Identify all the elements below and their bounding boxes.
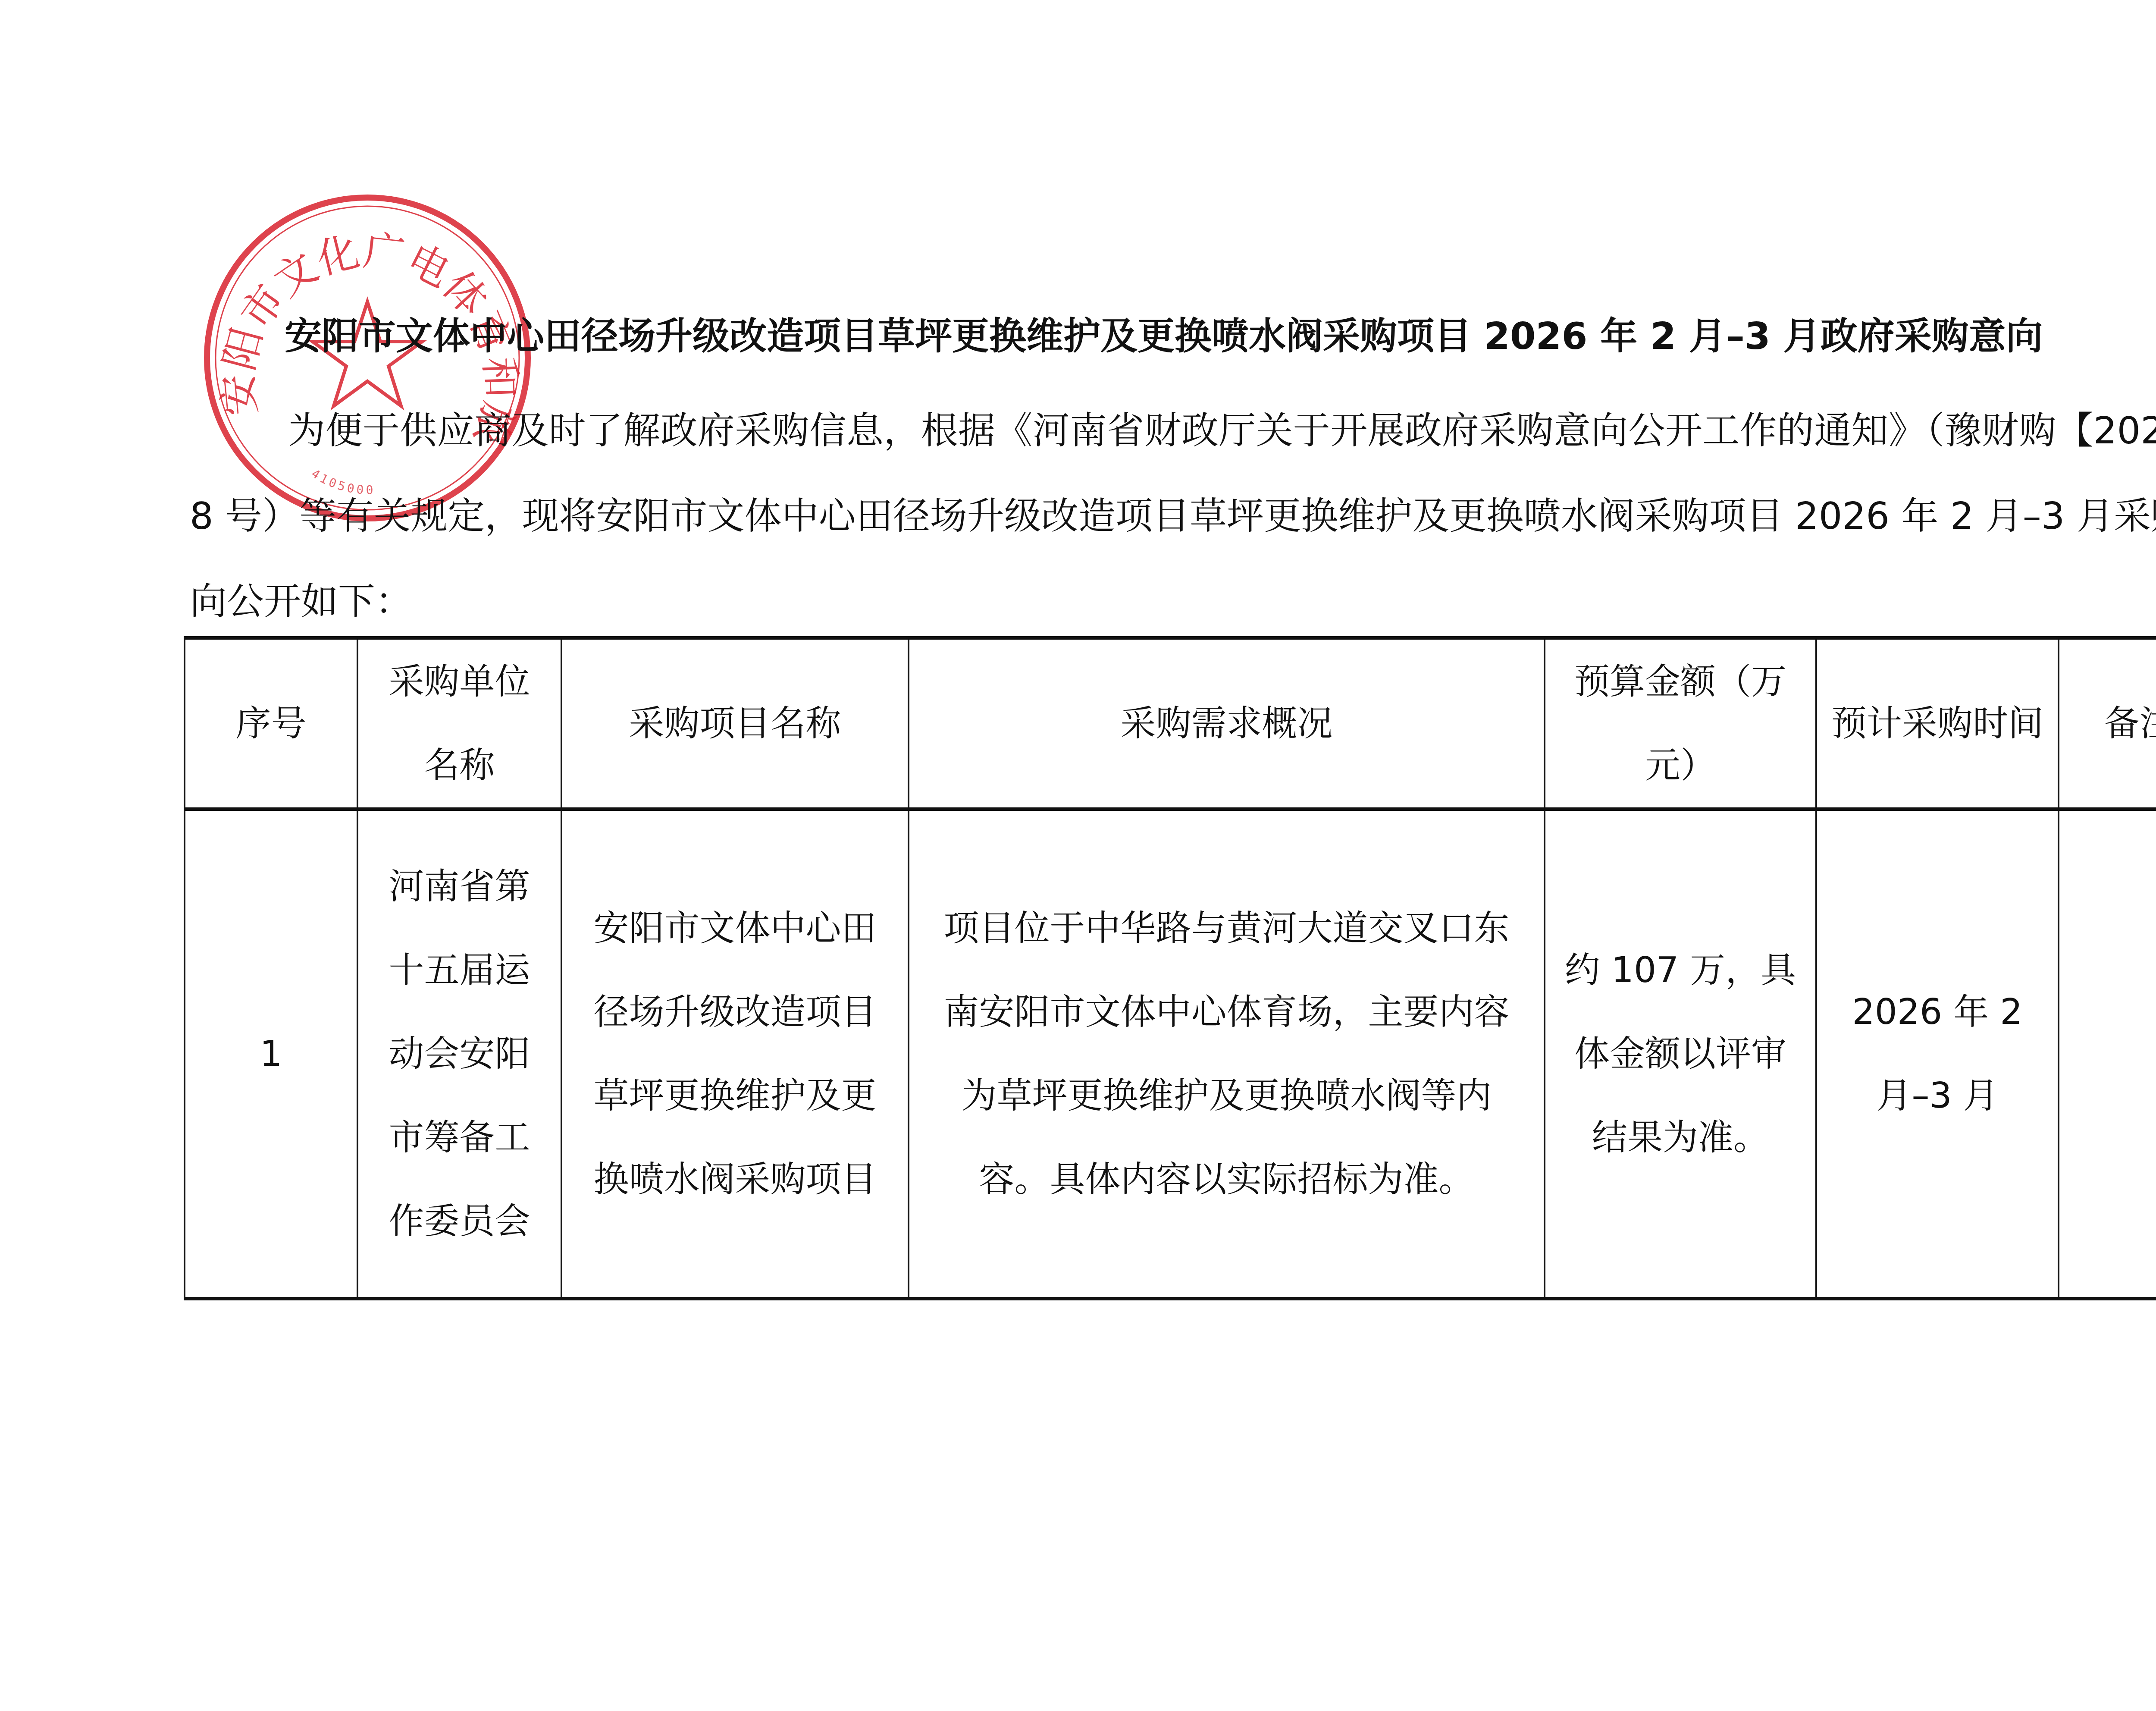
intro-text: 为便于供应商及时了解政府采购信息，根据《河南省财政厅关于开展政府采购意向公开工作… [190, 409, 2156, 623]
table-row: 1 河南省第十五届运动会安阳市筹备工作委员会 安阳市文体中心田径场升级改造项目草… [185, 809, 2156, 1299]
header-requirements: 采购需求概况 [909, 638, 1545, 809]
document-title: 安阳市文体中心田径场升级改造项目草坪更换维护及更换喷水阀采购项目 2026 年 … [285, 302, 2147, 371]
cell-requirements: 项目位于中华路与黄河大道交叉口东南安阳市文体中心体育场，主要内容为草坪更换维护及… [909, 809, 1545, 1299]
intro-paragraph: 为便于供应商及时了解政府采购信息，根据《河南省财政厅关于开展政府采购意向公开工作… [190, 388, 2156, 644]
header-index: 序号 [185, 638, 357, 809]
cell-remark [2059, 809, 2156, 1299]
table-header-row: 序号 采购单位名称 采购项目名称 采购需求概况 预算金额（万元） 预计采购时间 … [185, 638, 2156, 809]
header-budget: 预算金额（万元） [1545, 638, 1816, 809]
header-project: 采购项目名称 [561, 638, 909, 809]
cell-unit: 河南省第十五届运动会安阳市筹备工作委员会 [357, 809, 561, 1299]
cell-time: 2026 年 2 月–3 月 [1816, 809, 2059, 1299]
cell-index: 1 [185, 809, 357, 1299]
header-time: 预计采购时间 [1816, 638, 2059, 809]
header-unit: 采购单位名称 [357, 638, 561, 809]
cell-budget: 约 107 万，具体金额以评审结果为准。 [1545, 809, 1816, 1299]
procurement-table: 序号 采购单位名称 采购项目名称 采购需求概况 预算金额（万元） 预计采购时间 … [184, 636, 2156, 1300]
header-remark: 备注 [2059, 638, 2156, 809]
cell-project: 安阳市文体中心田径场升级改造项目草坪更换维护及更换喷水阀采购项目 [561, 809, 909, 1299]
